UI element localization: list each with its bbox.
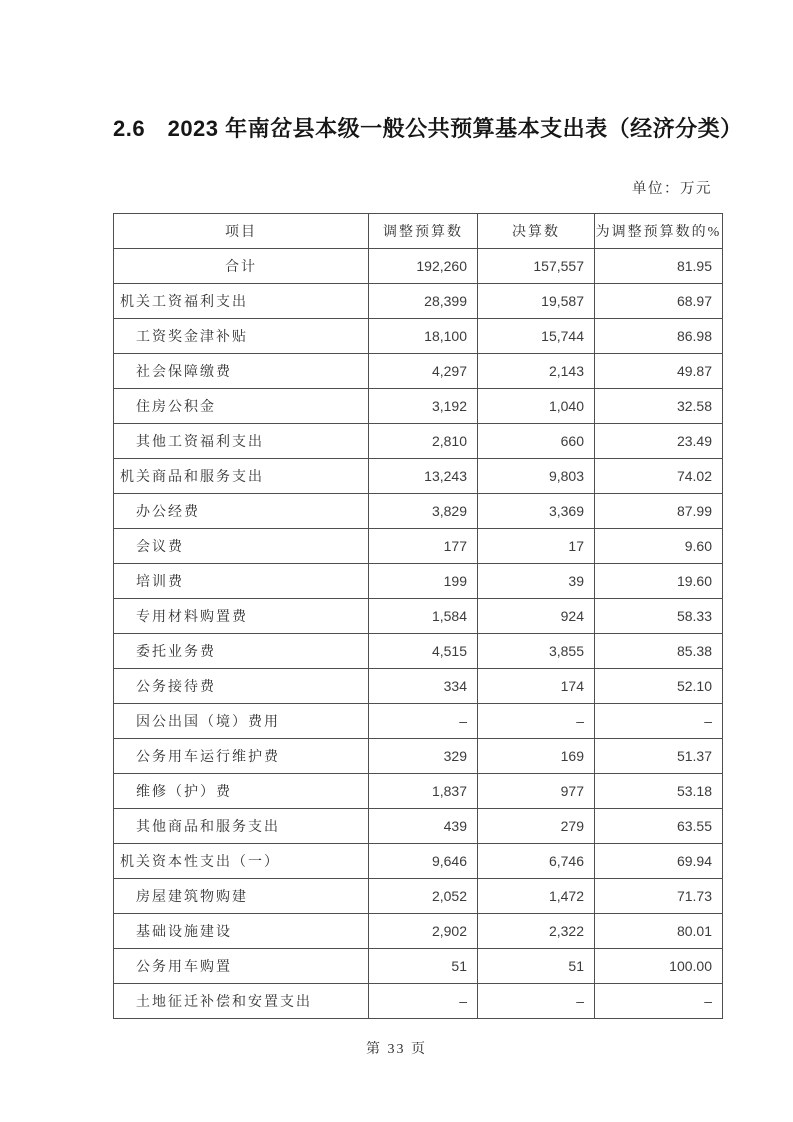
table-row: 机关资本性支出（一）9,6466,74669.94 [114,844,723,879]
item-cell: 办公经费 [114,494,369,529]
table-row: 其他工资福利支出2,81066023.49 [114,424,723,459]
percent-cell: 87.99 [595,494,723,529]
item-cell: 机关商品和服务支出 [114,459,369,494]
final-account-cell: 6,746 [478,844,595,879]
final-account-cell: 924 [478,599,595,634]
table-row: 合计192,260157,55781.95 [114,249,723,284]
percent-cell: 80.01 [595,914,723,949]
item-cell: 其他商品和服务支出 [114,809,369,844]
adjusted-budget-cell: 334 [369,669,478,704]
col-header-percent: 为调整预算数的% [595,214,723,249]
percent-cell: 19.60 [595,564,723,599]
percent-cell: 86.98 [595,319,723,354]
adjusted-budget-cell: 199 [369,564,478,599]
table-row: 土地征迁补偿和安置支出––– [114,984,723,1019]
document-page: 2.6 2023 年南岔县本级一般公共预算基本支出表（经济分类） 单位：万元 项… [0,0,793,1122]
percent-cell: 51.37 [595,739,723,774]
adjusted-budget-cell: 192,260 [369,249,478,284]
percent-cell: 58.33 [595,599,723,634]
table-row: 会议费177179.60 [114,529,723,564]
item-cell: 培训费 [114,564,369,599]
adjusted-budget-cell: 1,837 [369,774,478,809]
page-number: 第 33 页 [0,1038,793,1058]
final-account-cell: 660 [478,424,595,459]
table-row: 其他商品和服务支出43927963.55 [114,809,723,844]
percent-cell: 63.55 [595,809,723,844]
unit-label: 单位：万元 [113,179,722,199]
item-cell: 公务接待费 [114,669,369,704]
table-row: 住房公积金3,1921,04032.58 [114,389,723,424]
percent-cell: 68.97 [595,284,723,319]
item-cell: 合计 [114,249,369,284]
percent-cell: 85.38 [595,634,723,669]
final-account-cell: 1,040 [478,389,595,424]
item-cell: 维修（护）费 [114,774,369,809]
final-account-cell: 17 [478,529,595,564]
adjusted-budget-cell: 439 [369,809,478,844]
final-account-cell: 279 [478,809,595,844]
adjusted-budget-cell: 28,399 [369,284,478,319]
final-account-cell: 2,322 [478,914,595,949]
percent-cell: 69.94 [595,844,723,879]
adjusted-budget-cell: 4,297 [369,354,478,389]
percent-cell: 9.60 [595,529,723,564]
col-header-final-account: 决算数 [478,214,595,249]
item-cell: 专用材料购置费 [114,599,369,634]
final-account-cell: 39 [478,564,595,599]
item-cell: 工资奖金津补贴 [114,319,369,354]
table-row: 培训费1993919.60 [114,564,723,599]
table-row: 维修（护）费1,83797753.18 [114,774,723,809]
table-row: 房屋建筑物购建2,0521,47271.73 [114,879,723,914]
percent-cell: 23.49 [595,424,723,459]
percent-cell: 53.18 [595,774,723,809]
percent-cell: 100.00 [595,949,723,984]
percent-cell: – [595,704,723,739]
adjusted-budget-cell: 18,100 [369,319,478,354]
percent-cell: 71.73 [595,879,723,914]
final-account-cell: 1,472 [478,879,595,914]
adjusted-budget-cell: 4,515 [369,634,478,669]
table-row: 专用材料购置费1,58492458.33 [114,599,723,634]
final-account-cell: 977 [478,774,595,809]
adjusted-budget-cell: 51 [369,949,478,984]
table-header-row: 项目 调整预算数 决算数 为调整预算数的% [114,214,723,249]
item-cell: 房屋建筑物购建 [114,879,369,914]
final-account-cell: 157,557 [478,249,595,284]
item-cell: 会议费 [114,529,369,564]
item-cell: 公务用车运行维护费 [114,739,369,774]
table-body: 合计192,260157,55781.95机关工资福利支出28,39919,58… [114,249,723,1019]
table-row: 机关商品和服务支出13,2439,80374.02 [114,459,723,494]
col-header-adjusted-budget: 调整预算数 [369,214,478,249]
budget-table: 项目 调整预算数 决算数 为调整预算数的% 合计192,260157,55781… [113,213,723,1019]
table-row: 公务用车购置5151100.00 [114,949,723,984]
item-cell: 土地征迁补偿和安置支出 [114,984,369,1019]
percent-cell: 49.87 [595,354,723,389]
item-cell: 住房公积金 [114,389,369,424]
percent-cell: 74.02 [595,459,723,494]
adjusted-budget-cell: 2,052 [369,879,478,914]
item-cell: 其他工资福利支出 [114,424,369,459]
final-account-cell: 2,143 [478,354,595,389]
adjusted-budget-cell: – [369,704,478,739]
page-title: 2.6 2023 年南岔县本级一般公共预算基本支出表（经济分类） [113,112,722,146]
adjusted-budget-cell: 177 [369,529,478,564]
adjusted-budget-cell: – [369,984,478,1019]
item-cell: 机关工资福利支出 [114,284,369,319]
adjusted-budget-cell: 13,243 [369,459,478,494]
percent-cell: 52.10 [595,669,723,704]
item-cell: 委托业务费 [114,634,369,669]
final-account-cell: – [478,984,595,1019]
item-cell: 社会保障缴费 [114,354,369,389]
adjusted-budget-cell: 2,810 [369,424,478,459]
adjusted-budget-cell: 329 [369,739,478,774]
percent-cell: – [595,984,723,1019]
table-row: 机关工资福利支出28,39919,58768.97 [114,284,723,319]
table-row: 工资奖金津补贴18,10015,74486.98 [114,319,723,354]
col-header-item: 项目 [114,214,369,249]
final-account-cell: 51 [478,949,595,984]
table-row: 基础设施建设2,9022,32280.01 [114,914,723,949]
adjusted-budget-cell: 2,902 [369,914,478,949]
final-account-cell: 169 [478,739,595,774]
final-account-cell: 3,369 [478,494,595,529]
table-row: 委托业务费4,5153,85585.38 [114,634,723,669]
item-cell: 公务用车购置 [114,949,369,984]
adjusted-budget-cell: 3,192 [369,389,478,424]
table-row: 社会保障缴费4,2972,14349.87 [114,354,723,389]
percent-cell: 32.58 [595,389,723,424]
final-account-cell: 15,744 [478,319,595,354]
adjusted-budget-cell: 3,829 [369,494,478,529]
item-cell: 机关资本性支出（一） [114,844,369,879]
final-account-cell: 174 [478,669,595,704]
adjusted-budget-cell: 9,646 [369,844,478,879]
table-row: 因公出国（境）费用––– [114,704,723,739]
percent-cell: 81.95 [595,249,723,284]
final-account-cell: 19,587 [478,284,595,319]
final-account-cell: 3,855 [478,634,595,669]
final-account-cell: 9,803 [478,459,595,494]
table-row: 公务用车运行维护费32916951.37 [114,739,723,774]
item-cell: 基础设施建设 [114,914,369,949]
table-row: 办公经费3,8293,36987.99 [114,494,723,529]
item-cell: 因公出国（境）费用 [114,704,369,739]
table-row: 公务接待费33417452.10 [114,669,723,704]
final-account-cell: – [478,704,595,739]
adjusted-budget-cell: 1,584 [369,599,478,634]
